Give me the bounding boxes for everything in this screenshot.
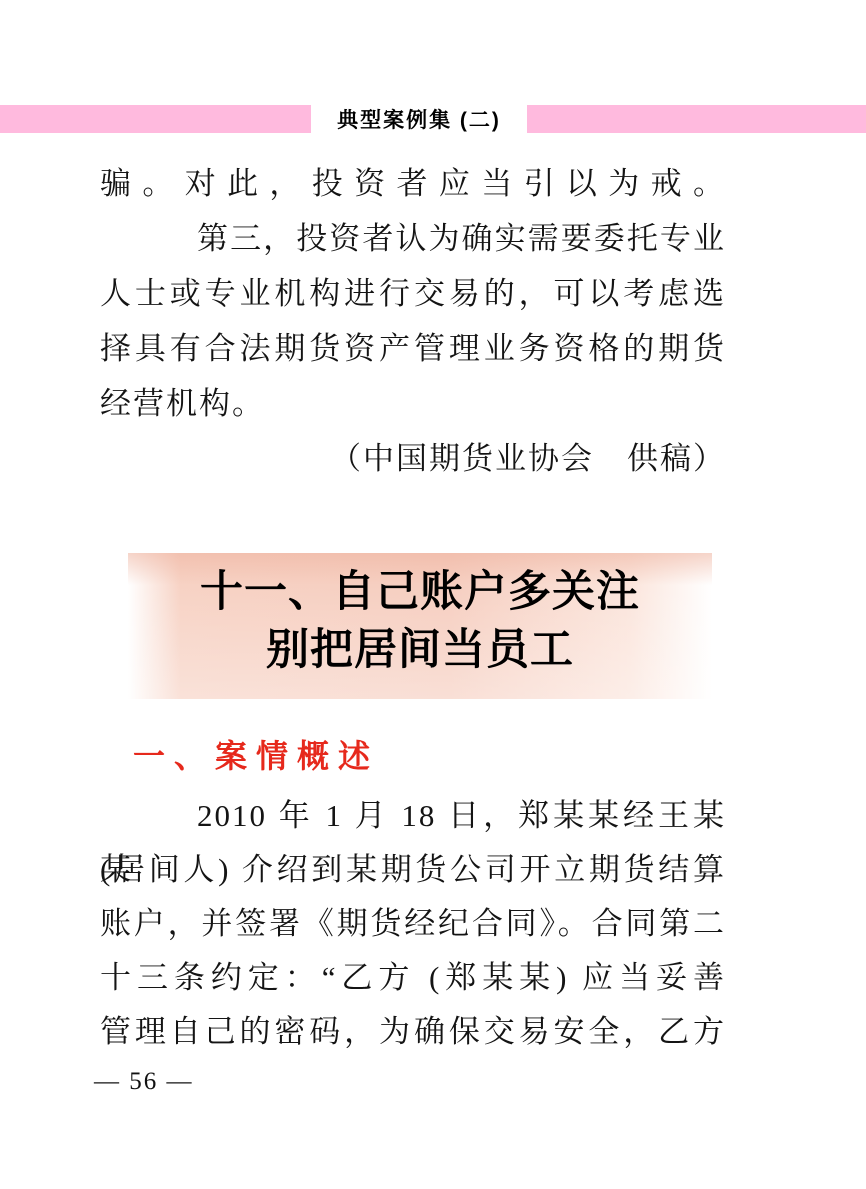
paragraph-line: 经营机构。: [100, 376, 726, 431]
attribution-line: （中国期货业协会 供稿）: [100, 431, 726, 486]
header-bar-right: [527, 105, 866, 133]
case-summary-text-block: 2010 年 1 月 18 日，郑某某经王某某 (居间人) 介绍到某期货公司开立…: [100, 789, 726, 1059]
header-bar-left: [0, 105, 311, 133]
chapter-title-line1: 十一、自己账户多关注: [128, 564, 712, 622]
paragraph-line: 管理自己的密码，为确保交易安全，乙方: [100, 1005, 726, 1059]
book-page: 典型案例集 (二) 骗。对此，投资者应当引以为戒。 第三，投资者认为确实需要委托…: [0, 0, 866, 1189]
paragraph-line: 2010 年 1 月 18 日，郑某某经王某某: [100, 789, 726, 843]
subsection-heading: 一、案情概述: [133, 736, 379, 776]
chapter-title-line2: 别把居间当员工: [128, 622, 712, 680]
paragraph-line: 择具有合法期货资产管理业务资格的期货: [100, 321, 726, 376]
paragraph-line: (居间人) 介绍到某期货公司开立期货结算: [100, 843, 726, 897]
paragraph-line: 账户，并签署《期货经纪合同》。合同第二: [100, 897, 726, 951]
paragraph-line: 人士或专业机构进行交易的，可以考虑选: [100, 266, 726, 321]
intro-text-block: 骗。对此，投资者应当引以为戒。 第三，投资者认为确实需要委托专业 人士或专业机构…: [100, 156, 726, 486]
paragraph-line: 骗。对此，投资者应当引以为戒。: [100, 156, 726, 211]
chapter-title-banner: 十一、自己账户多关注 别把居间当员工: [128, 553, 712, 699]
paragraph-line: 十三条约定：“乙方 (郑某某) 应当妥善: [100, 951, 726, 1005]
page-number: — 56 —: [94, 1066, 194, 1098]
paragraph-line: 第三，投资者认为确实需要委托专业: [100, 211, 726, 266]
running-header-title: 典型案例集 (二): [311, 103, 527, 135]
